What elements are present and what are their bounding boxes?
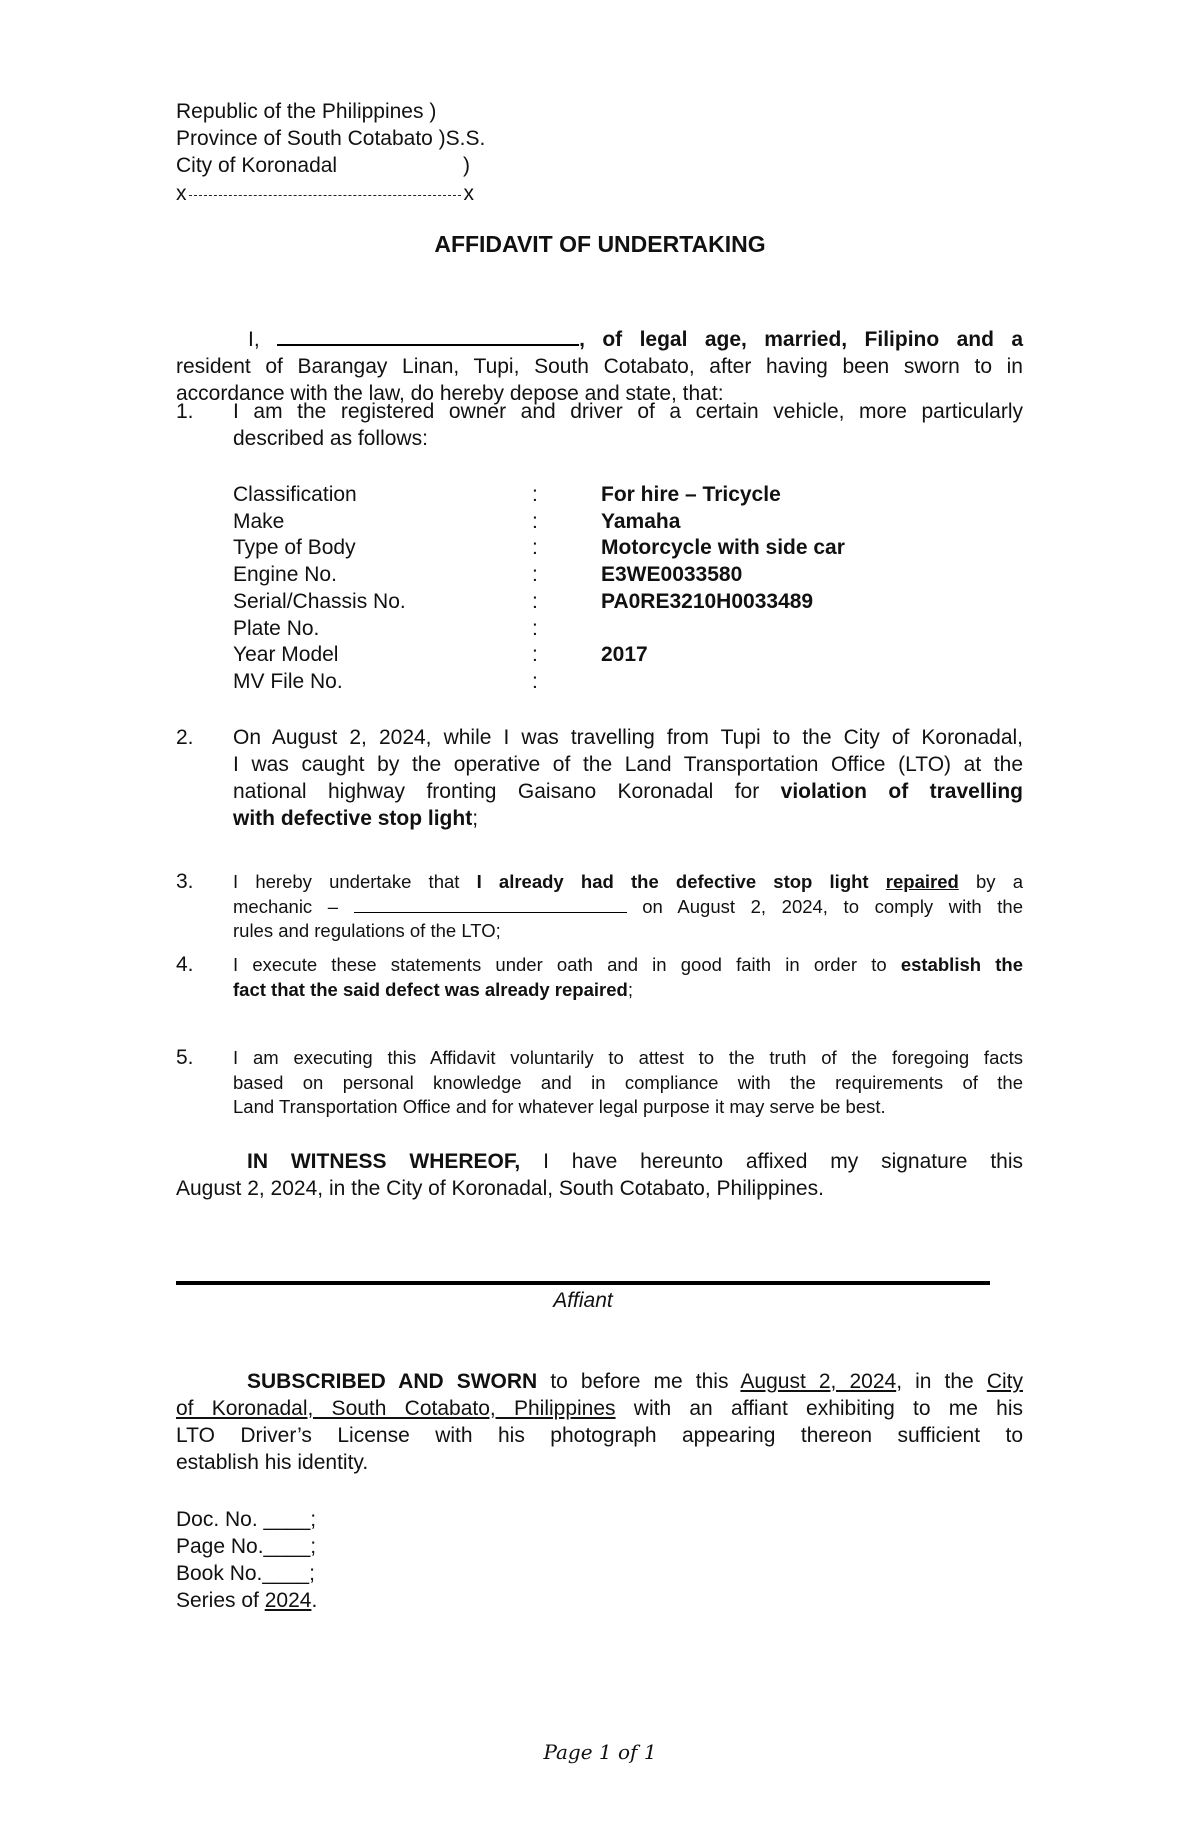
item-1: 1. I am the registered owner and driver … <box>176 398 1023 452</box>
document-title: AFFIDAVIT OF UNDERTAKING <box>0 231 1200 258</box>
venue-rule: x x <box>176 180 474 207</box>
item-number: 4. <box>176 953 194 978</box>
vehicle-field-label: Make <box>233 509 284 536</box>
intro-line-2: resident of Barangay Linan, Tupi, South … <box>176 353 1023 380</box>
vehicle-field-label: Type of Body <box>233 535 356 562</box>
vehicle-field-value: PA0RE3210H0033489 <box>601 589 813 616</box>
venue-republic: Republic of the Philippines ) <box>176 98 436 125</box>
item-5: 5. I am executing this Affidavit volunta… <box>176 1046 1023 1120</box>
vehicle-field-value: Motorcycle with side car <box>601 535 845 562</box>
intro-paragraph: I, , of legal age, married, Filipino and… <box>176 326 1023 407</box>
venue-province: Province of South Cotabato )S.S. <box>176 125 485 152</box>
witness-paragraph: IN WITNESS WHEREOF, I have hereunto affi… <box>176 1148 1023 1202</box>
signature-line <box>176 1281 990 1285</box>
vehicle-field-separator: : <box>532 535 538 562</box>
item-4: 4. I execute these statements under oath… <box>176 953 1023 1002</box>
venue-dashed-line <box>189 195 461 196</box>
vehicle-field-separator: : <box>532 482 538 509</box>
intro-line-1: I, , of legal age, married, Filipino and… <box>176 326 1023 353</box>
item-number: 3. <box>176 870 194 895</box>
item-2: 2. On August 2, 2024, while I was travel… <box>176 724 1023 832</box>
item-number: 5. <box>176 1046 194 1071</box>
vehicle-field-label: Year Model <box>233 642 338 669</box>
book-no: Book No.____; <box>176 1560 315 1587</box>
page-footer: Page 1 of 1 <box>0 1740 1200 1764</box>
venue-city-paren: ) <box>463 152 470 179</box>
affiant-name-blank <box>277 326 579 346</box>
vehicle-field-value: For hire – Tricycle <box>601 482 781 509</box>
vehicle-field-value: Yamaha <box>601 509 680 536</box>
jurat-paragraph: SUBSCRIBED AND SWORN to before me this A… <box>176 1368 1023 1476</box>
item-3: 3. I hereby undertake that I already had… <box>176 870 1023 944</box>
doc-no: Doc. No. ____; <box>176 1506 316 1533</box>
page-no: Page No.____; <box>176 1533 316 1560</box>
vehicle-field-separator: : <box>532 562 538 589</box>
vehicle-field-label: Serial/Chassis No. <box>233 589 406 616</box>
affiant-label: Affiant <box>176 1289 990 1313</box>
item-number: 1. <box>176 398 194 425</box>
vehicle-field-label: Classification <box>233 482 357 509</box>
vehicle-field-separator: : <box>532 669 538 696</box>
venue-city-label: City of Koronadal <box>176 154 337 177</box>
item-number: 2. <box>176 724 194 751</box>
vehicle-field-label: Engine No. <box>233 562 337 589</box>
vehicle-field-label: Plate No. <box>233 616 319 643</box>
vehicle-field-label: MV File No. <box>233 669 343 696</box>
venue-city: City of Koronadal ) <box>176 152 337 179</box>
vehicle-field-separator: : <box>532 589 538 616</box>
mechanic-name-blank <box>354 897 627 913</box>
vehicle-field-separator: : <box>532 642 538 669</box>
series-of: Series of 2024. <box>176 1587 317 1614</box>
vehicle-field-value: 2017 <box>601 642 648 669</box>
vehicle-field-separator: : <box>532 616 538 643</box>
vehicle-field-separator: : <box>532 509 538 536</box>
vehicle-field-value: E3WE0033580 <box>601 562 742 589</box>
